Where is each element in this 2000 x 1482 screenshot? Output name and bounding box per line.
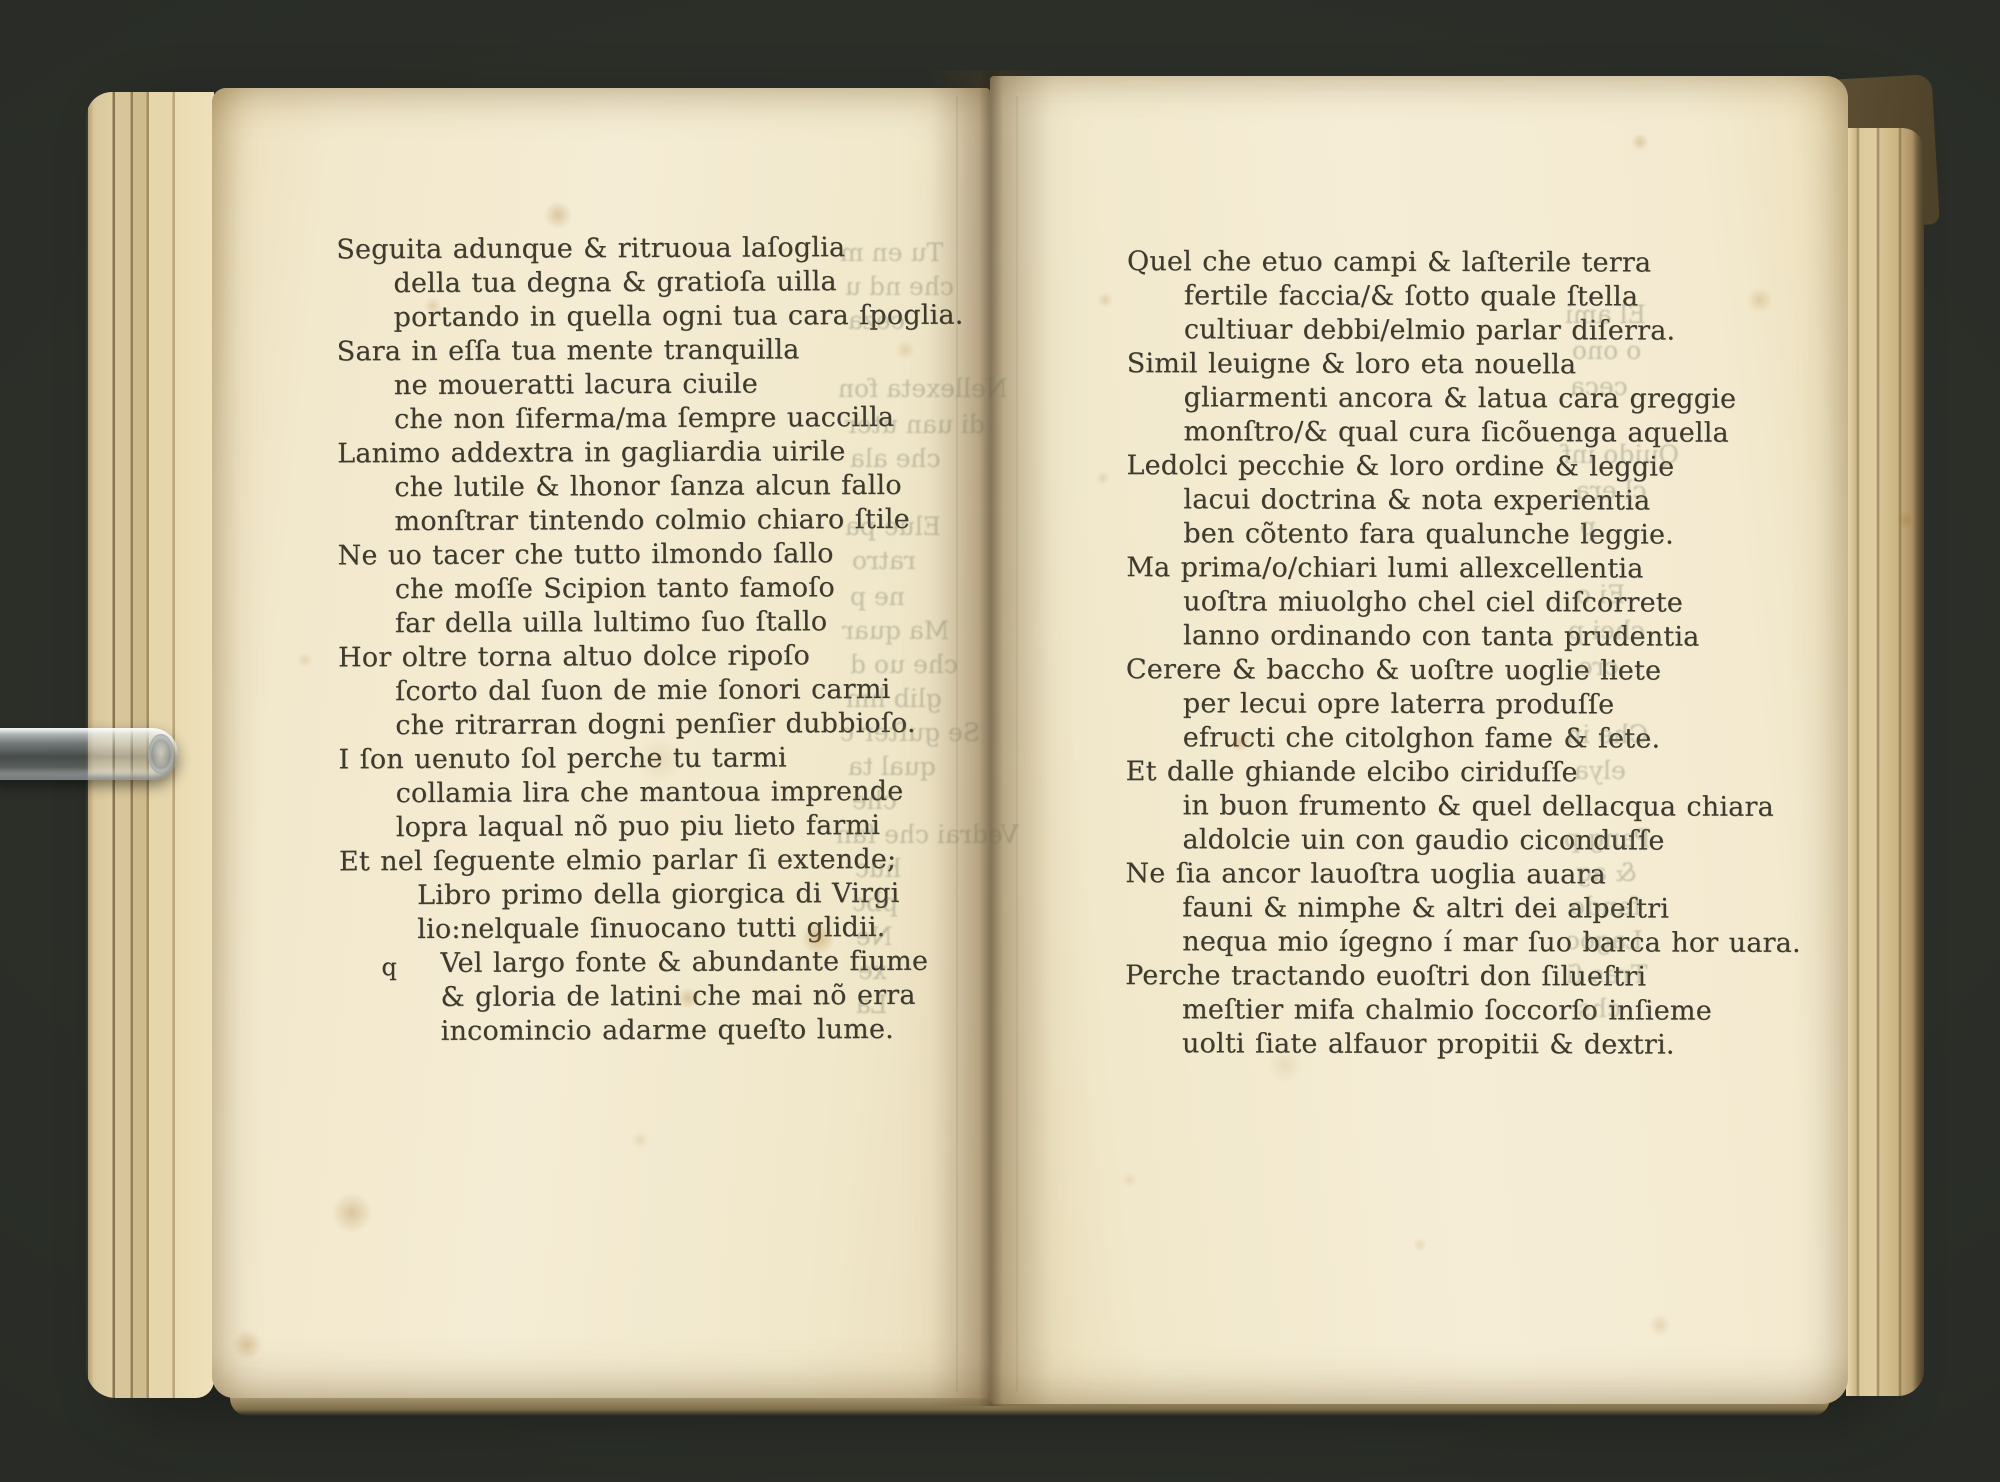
verse-line: ſcorto dal ſuon de mie ſonori carmi — [395, 673, 965, 709]
verse-line: cultiuar debbi/elmio parlar diſerra. — [1184, 313, 1803, 349]
verse-line: uoſtra miuolgho chel ciel diſcorrete — [1183, 585, 1802, 621]
verse-line: fauni & nimphe & altri dei alpeſtri — [1182, 891, 1801, 927]
verse-line: Perche tractando euoſtri don ſilueſtri — [1125, 959, 1801, 995]
verse-line: Quel che etuo campi & laſterile terra — [1127, 245, 1803, 281]
verse-line: Et nel ſeguente elmio parlar ſi extende; — [339, 843, 966, 880]
gutter-crease — [1016, 96, 1018, 1392]
verse-line: Ma prima/o/chiari lumi allexcellentia — [1126, 551, 1802, 587]
verse-line: portando in quella ogni tua cara ſpoglia… — [394, 299, 964, 335]
verse-line: gliarmenti ancora & latua cara greggie — [1184, 381, 1803, 417]
verse-line: & gloria de latini che mai nõ erra — [440, 979, 966, 1015]
verse-line: Cerere & baccho & uoſtre uoglie liete — [1126, 653, 1802, 689]
verse-line: aldolcie uin con gaudio ciconduſſe — [1182, 823, 1801, 859]
page-edges-right — [1846, 128, 1924, 1396]
verse-line: collamia lira che mantoua imprende — [396, 775, 966, 811]
verse-line: che ritrarran dogni penſier dubbioſo. — [395, 707, 965, 743]
book: Seguita adunque & ritruoua laſogliadella… — [0, 0, 2000, 1482]
verse-line: monſtro/& qual cura ſicõuenga aquella — [1184, 415, 1803, 451]
guide-letter: q — [381, 950, 397, 984]
verse-line: che lutile & lhonor ſanza alcun fallo — [394, 469, 964, 505]
right-page-text: Quel che etuo campi & laſterile terrafer… — [1125, 245, 1803, 1063]
verse-line: uolti ſiate alfauor propitii & dextri. — [1182, 1027, 1801, 1063]
left-page-text: Seguita adunque & ritruoua laſogliadella… — [336, 231, 967, 1050]
verse-line: fertile faccia/& ſotto quale ſtella — [1184, 279, 1803, 315]
book-photograph: Seguita adunque & ritruoua laſogliadella… — [0, 0, 2000, 1482]
verse-line: qVel largo fonte & abundante fiume — [440, 945, 966, 981]
verse-line: della tua degna & gratioſa uilla — [393, 265, 963, 301]
verse-line: monſtrar tintendo colmio chiaro ſtile — [394, 503, 964, 539]
verse-line: Ne ſia ancor lauoſtra uoglia auara — [1125, 857, 1801, 893]
verse-line: Lanimo addextra in gagliardia uirile — [337, 435, 964, 472]
verse-line: lio:nelquale ſinuocano tutti glidii. — [417, 911, 966, 947]
verse-line: efructi che citolghon fame & ſete. — [1183, 721, 1802, 757]
verse-line: Ledolci pecchie & loro ordine & leggie — [1126, 449, 1802, 485]
glass-page-weight — [0, 728, 178, 780]
verse-line: I ſon uenuto ſol perche tu tarmi — [338, 741, 965, 778]
verse-line: Hor oltre torna altuo dolce ripoſo — [338, 639, 965, 676]
verse-line: nequa mio ígegno í mar ſuo barca hor uar… — [1182, 925, 1801, 961]
verse-line: Seguita adunque & ritruoua laſoglia — [336, 231, 963, 268]
verse-line: che moſſe Scipion tanto famoſo — [395, 571, 965, 607]
verse-line: Libro primo della giorgica di Virgi — [417, 877, 966, 913]
verse-line: Et dalle ghiande elcibo ciriduſſe — [1126, 755, 1802, 791]
verse-line: Ne uo tacer che tutto ilmondo ſallo — [338, 537, 965, 574]
verse-line: ne moueratti lacura ciuile — [394, 367, 964, 403]
verse-line: far della uilla lultimo ſuo ſtallo — [395, 605, 965, 641]
verse-line: per lecui opre laterra produſſe — [1183, 687, 1802, 723]
verse-line: Simil leuigne & loro eta nouella — [1127, 347, 1803, 383]
verse-line: meſtier mifa chalmio ſoccorſo inſieme — [1182, 993, 1801, 1029]
verse-line: incomincio adarme queſto lume. — [441, 1013, 967, 1049]
verse-line: che non ſiferma/ma ſempre uaccilla — [394, 401, 964, 437]
verse-line: lopra laqual nõ puo piu lieto farmi — [396, 809, 966, 845]
verse-line: ben cõtento fara qualunche leggie. — [1183, 517, 1802, 553]
verse-line: in buon frumento & quel dellacqua chiara — [1183, 789, 1802, 825]
verse-line: Sara in eſſa tua mente tranquilla — [337, 333, 964, 370]
verse-line: lanno ordinando con tanta prudentia — [1183, 619, 1802, 655]
verse-line: lacui doctrina & nota experientia — [1183, 483, 1802, 519]
